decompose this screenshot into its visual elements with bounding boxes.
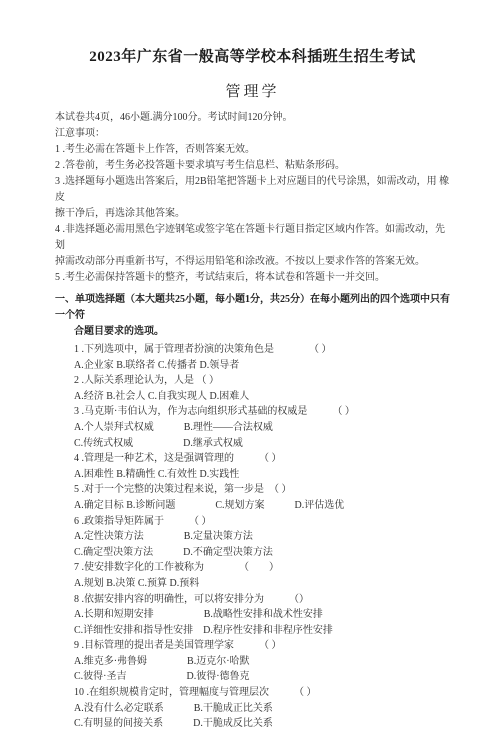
question-stem: 2 .人际关系理论认为，人是 （ ） (74, 373, 450, 389)
option-line: A.长期和短期安排 B.战略性安排和战术性安排 (74, 607, 450, 623)
question-stem: 1 .下列选项中，属于管理者扮演的决策角色是 （ ） (74, 342, 450, 358)
exam-meta-line: 本试卷共4页，46小题.满分100分。考试时间120分钟。 (55, 110, 450, 126)
option-line: C.确定型决策方法 D.不确定型决策方法 (74, 545, 450, 561)
option-line: A.确定目标 B.诊断问题 C.规划方案 D.评估选优 (74, 498, 450, 514)
question-10: 10 .在组织规模肯定时，管理幅度与管理层次 （ ） A.没有什么必定联系 B.… (74, 685, 450, 732)
option-line: C.详细性安排和指导性安排 D.程序性安排和非程序性安排 (74, 623, 450, 639)
question-stem: 3 .马克斯·韦伯认为，作为志向组织形式基础的权威是 （ ） (74, 404, 450, 420)
question-list: 1 .下列选项中，属于管理者扮演的决策角色是 （ ） A.企业家 B.联络者 C… (74, 342, 450, 732)
question-stem: 9 .目标管理的提出者是美国管理学家 （ ） (74, 638, 450, 654)
question-stem: 10 .在组织规模肯定时，管理幅度与管理层次 （ ） (74, 685, 450, 701)
exam-subject-title: 管理学 (55, 82, 450, 102)
option-line: A.定性决策方法 B.定量决策方法 (74, 529, 450, 545)
section-heading-line2: 合题目要求的选项。 (74, 324, 450, 340)
question-stem: 8 .依据安排内容的明确性，可以将安排分为 （） (74, 592, 450, 608)
option-line: A.困难性 B.精确性 C.有效性 D.实践性 (74, 467, 450, 483)
notice-line-4-wrap: 掉需改动部分再重新书写，不得运用铅笔和涂改液。不按以上要求作答的答案无效。 (55, 254, 450, 270)
notice-line-4: 4 .非选择题必需用黑色字迹钢笔或签字笔在答题卡行题目指定区域内作答。如需改动，… (55, 222, 450, 254)
option-line: A.个人崇拜式权威 B.理性——合法权威 (74, 420, 450, 436)
notice-line-3: 3 .选择题每小题选出答案后，用2B铅笔把答题卡上对应题目的代号涂黑，如需改动，… (55, 174, 450, 206)
question-1: 1 .下列选项中，属于管理者扮演的决策角色是 （ ） A.企业家 B.联络者 C… (74, 342, 450, 373)
exam-body: 本试卷共4页，46小题.满分100分。考试时间120分钟。 江意事项： 1 .考… (55, 110, 450, 732)
option-line: A.没有什么必定联系 B.干脆成正比关系 (74, 701, 450, 717)
notice-line-5: 5 .考生必需保持答题卡的整齐，考试结束后，将本试卷和答题卡一并交回。 (55, 270, 450, 286)
exam-page: 2023年广东省一般高等学校本科插班生招生考试 管理学 本试卷共4页，46小题.… (0, 0, 500, 739)
section-heading-line1: 一、单项选择题（本大题共25小题，每小题1分，共25分）在每小题列出的四个选项中… (55, 292, 450, 324)
option-line: A.维克多·弗鲁姆 B.迈克尔·哈默 (74, 654, 450, 670)
question-4: 4 .管理是一种艺术，这是强调管理的 （ ） A.困难性 B.精确性 C.有效性… (74, 451, 450, 482)
question-stem: 4 .管理是一种艺术，这是强调管理的 （ ） (74, 451, 450, 467)
question-9: 9 .目标管理的提出者是美国管理学家 （ ） A.维克多·弗鲁姆 B.迈克尔·哈… (74, 638, 450, 685)
option-line: A.经济 B.社会人 C.自我实现人 D.困难人 (74, 389, 450, 405)
option-line: C.彼得·圣吉 D.彼得·德鲁克 (74, 669, 450, 685)
question-7: 7 .使安排数字化的工作被称为 （ ） A.规划 B.决策 C.预算 D.预料 (74, 560, 450, 591)
option-line: C.传统式权威 D.继承式权威 (74, 436, 450, 452)
section-heading: 一、单项选择题（本大题共25小题，每小题1分，共25分）在每小题列出的四个选项中… (55, 292, 450, 340)
exam-title: 2023年广东省一般高等学校本科插班生招生考试 (55, 46, 450, 68)
question-6: 6 .政策指导矩阵属于 （ ） A.定性决策方法 B.定量决策方法 C.确定型决… (74, 514, 450, 561)
option-line: A.企业家 B.联络者 C.传播者 D.领导者 (74, 358, 450, 374)
option-line: A.规划 B.决策 C.预算 D.预料 (74, 576, 450, 592)
notice-line-3-wrap: 擦干净后，再选涂其他答案。 (55, 206, 450, 222)
question-stem: 5 .对于一个完整的决策过程来说，第一步是 （ ） (74, 482, 450, 498)
question-3: 3 .马克斯·韦伯认为，作为志向组织形式基础的权威是 （ ） A.个人崇拜式权威… (74, 404, 450, 451)
question-8: 8 .依据安排内容的明确性，可以将安排分为 （） A.长期和短期安排 B.战略性… (74, 592, 450, 639)
option-line: C.有明显的间接关系 D.干脆成反比关系 (74, 716, 450, 732)
notice-line-2: 2 .答卷前，考生务必投答题卡要求填写考生信息栏、粘贴条形码。 (55, 158, 450, 174)
question-stem: 6 .政策指导矩阵属于 （ ） (74, 514, 450, 530)
question-5: 5 .对于一个完整的决策过程来说，第一步是 （ ） A.确定目标 B.诊断问题 … (74, 482, 450, 513)
notice-heading: 江意事项： (55, 126, 450, 142)
notice-line-1: 1 .考生必需在答题卡上作答，否则答案无效。 (55, 142, 450, 158)
question-stem: 7 .使安排数字化的工作被称为 （ ） (74, 560, 450, 576)
question-2: 2 .人际关系理论认为，人是 （ ） A.经济 B.社会人 C.自我实现人 D.… (74, 373, 450, 404)
